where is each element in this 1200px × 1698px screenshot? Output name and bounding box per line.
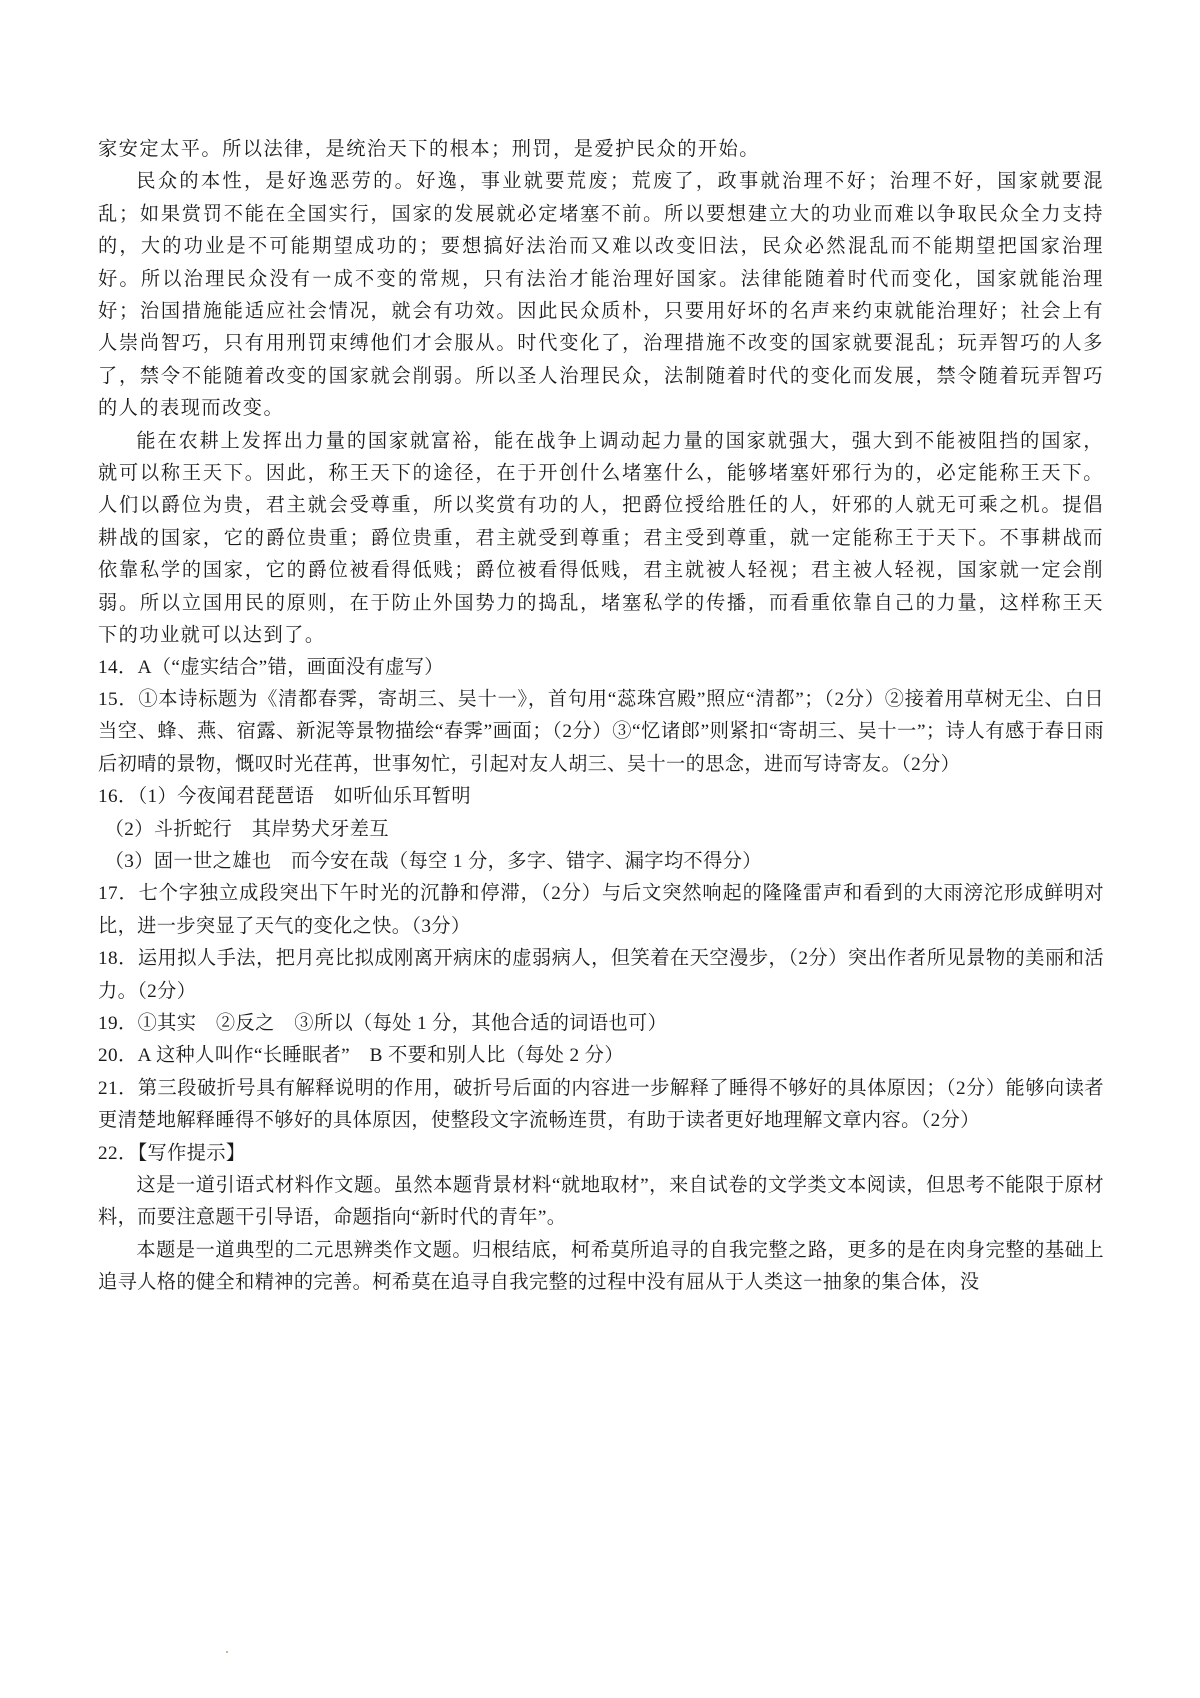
answer-16-3: （3）固一世之雄也 而今安在哉（每空 1 分，多字、错字、漏字均不得分） xyxy=(98,846,1104,878)
answer-19: 19．①其实 ②反之 ③所以（每处 1 分，其他合适的词语也可） xyxy=(98,1008,1104,1040)
answer-22-paragraph-1: 这是一道引语式材料作文题。虽然本题背景材料“就地取材”，来自试卷的文学类文本阅读… xyxy=(98,1170,1104,1235)
footer-dot-mark xyxy=(226,1651,228,1653)
answer-16-1: 16．（1）今夜闻君琵琶语 如听仙乐耳暂明 xyxy=(98,781,1104,813)
answer-14: 14．A（“虚实结合”错，画面没有虚写） xyxy=(98,652,1104,684)
passage-paragraph-1: 民众的本性，是好逸恶劳的。好逸，事业就要荒废；荒废了，政事就治理不好；治理不好，… xyxy=(98,165,1104,424)
answer-22-paragraph-2: 本题是一道典型的二元思辨类作文题。归根结底，柯希莫所追寻的自我完整之路，更多的是… xyxy=(98,1235,1104,1300)
passage-paragraph-2: 能在农耕上发挥出力量的国家就富裕，能在战争上调动起力量的国家就强大，强大到不能被… xyxy=(98,425,1104,652)
answer-17: 17．七个字独立成段突出下午时光的沉静和停滞，（2分）与后文突然响起的隆隆雷声和… xyxy=(98,878,1104,943)
answer-18: 18．运用拟人手法，把月亮比拟成刚离开病床的虚弱病人，但笑着在天空漫步，（2分）… xyxy=(98,943,1104,1008)
answer-22-heading: 22．【写作提示】 xyxy=(98,1138,1104,1170)
answer-20: 20．A 这种人叫作“长睡眠者” B 不要和别人比（每处 2 分） xyxy=(98,1040,1104,1072)
answer-15: 15．①本诗标题为《清都春霁，寄胡三、吴十一》，首句用“蕊珠宫殿”照应“清都”；… xyxy=(98,684,1104,781)
answer-16-2: （2）斗折蛇行 其岸势犬牙差互 xyxy=(98,814,1104,846)
document-page: 家安定太平。所以法律，是统治天下的根本；刑罚，是爱护民众的开始。 民众的本性，是… xyxy=(98,133,1104,1300)
passage-paragraph-0-tail: 家安定太平。所以法律，是统治天下的根本；刑罚，是爱护民众的开始。 xyxy=(98,133,1104,165)
answer-21: 21．第三段破折号具有解释说明的作用，破折号后面的内容进一步解释了睡得不够好的具… xyxy=(98,1073,1104,1138)
